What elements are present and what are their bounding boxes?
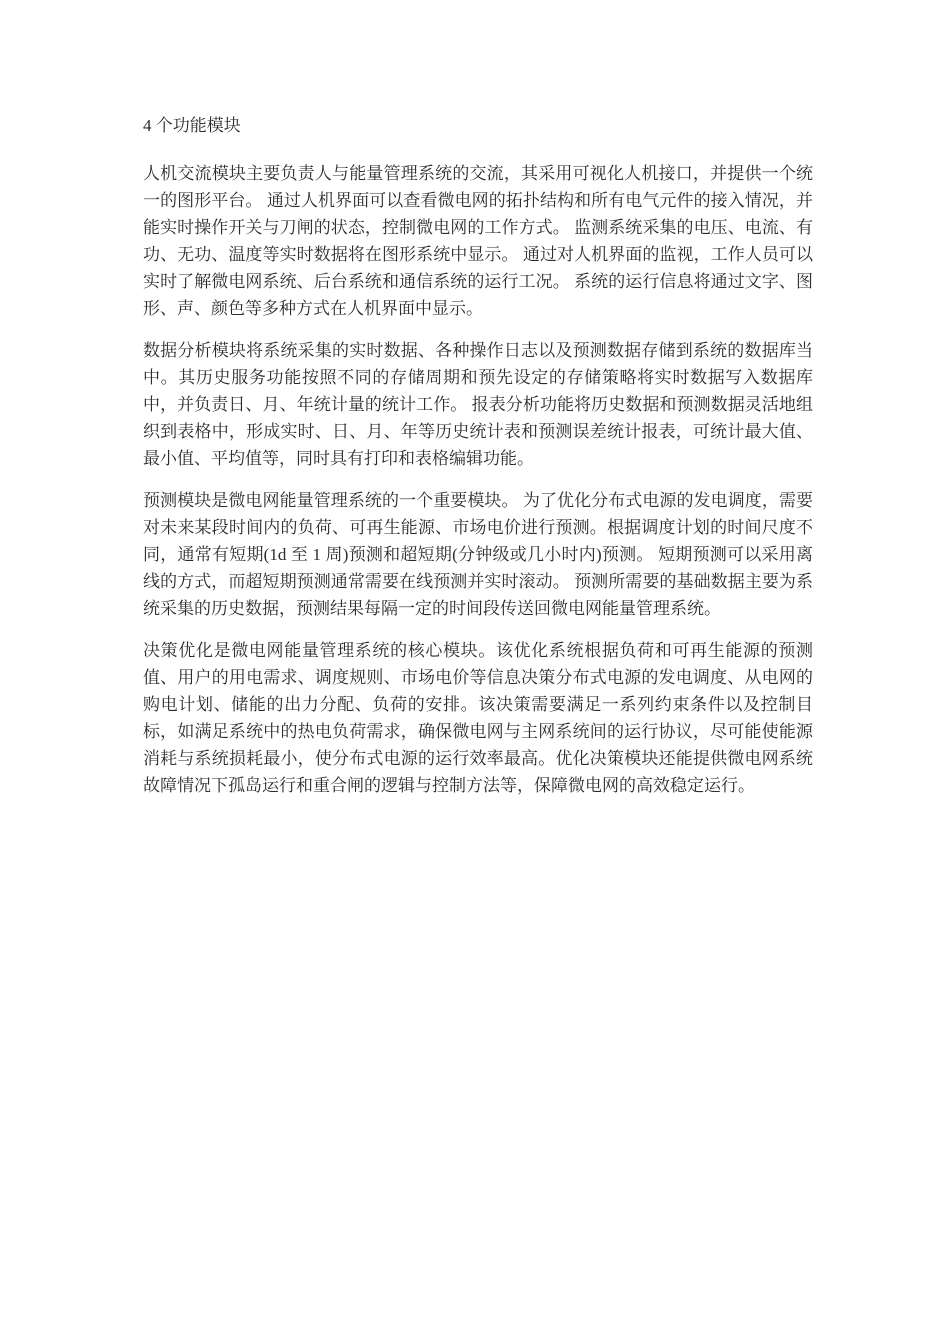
paragraph-human-machine-interaction-module: 人机交流模块主要负责人与能量管理系统的交流，其采用可视化人机接口，并提供一个统一… (143, 160, 813, 322)
document-page: 4 个功能模块 人机交流模块主要负责人与能量管理系统的交流，其采用可视化人机接口… (0, 0, 950, 1343)
section-heading: 4 个功能模块 (143, 112, 813, 139)
document-content: 4 个功能模块 人机交流模块主要负责人与能量管理系统的交流，其采用可视化人机接口… (143, 112, 813, 814)
paragraph-data-analysis-module: 数据分析模块将系统采集的实时数据、各种操作日志以及预测数据存储到系统的数据库当中… (143, 337, 813, 472)
paragraph-forecast-module: 预测模块是微电网能量管理系统的一个重要模块。 为了优化分布式电源的发电调度，需要… (143, 487, 813, 622)
paragraph-decision-optimization-module: 决策优化是微电网能量管理系统的核心模块。该优化系统根据负荷和可再生能源的预测值、… (143, 637, 813, 799)
